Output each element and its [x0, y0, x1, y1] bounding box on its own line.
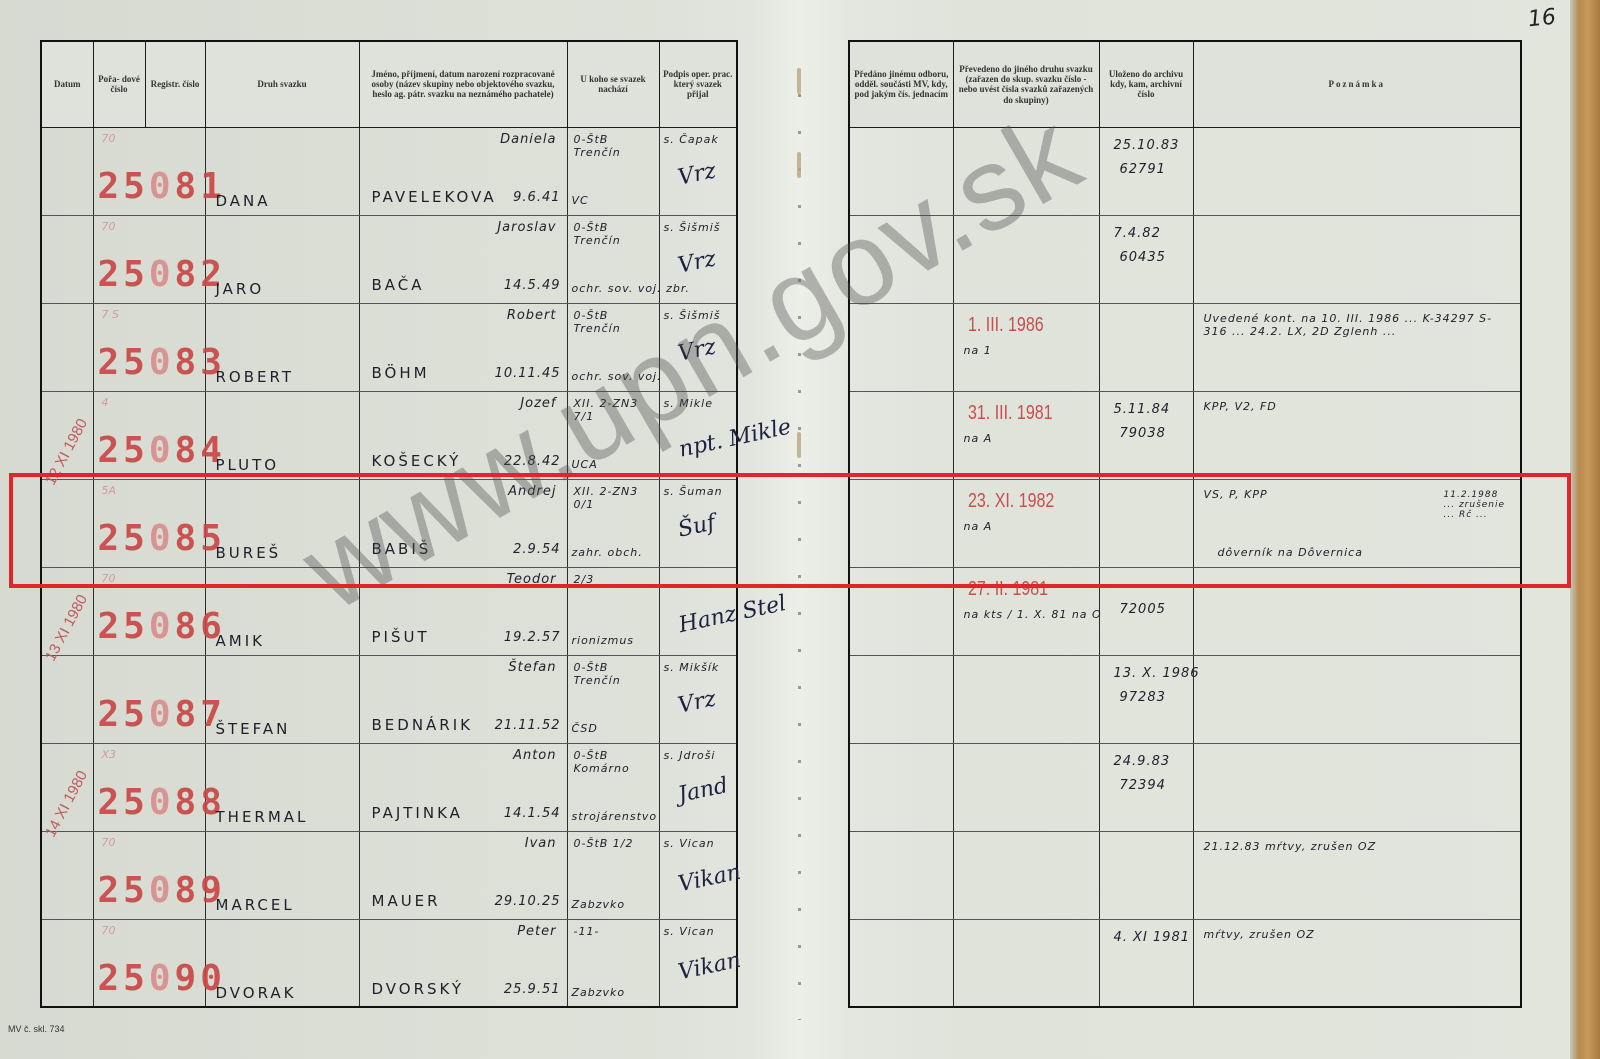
archive-date: 13. X. 1986: [1114, 666, 1200, 681]
cell-date: 14 XI 1980: [41, 831, 93, 919]
file-codename: BUREŠ: [216, 544, 282, 562]
cell-date: [41, 215, 93, 303]
first-name: Robert: [507, 308, 557, 323]
spine-binding: [798, 60, 801, 1020]
surname: PAVELEKOVA: [372, 188, 497, 206]
cell-number: 7 S 25083: [93, 303, 205, 391]
table-row[interactable]: 7.4.82 60435: [849, 215, 1521, 303]
table-row[interactable]: 4. XI 1981 mŕtvy, zrušen OZ: [849, 919, 1521, 1007]
col-header-file-type: Druh svazku: [205, 41, 359, 127]
officer-signature: Vrz: [675, 686, 717, 718]
mark: 70: [102, 132, 116, 145]
col-header-converted: Převedeno do jiného druhu svazku (zařaze…: [953, 41, 1099, 127]
cell-signature: s. Šišmiš Vrz: [659, 303, 737, 391]
cell-location: 0-ŠtB Trenčín ochr. sov. voj. zbr.: [567, 215, 659, 303]
cell-converted: [953, 831, 1099, 919]
cell-signature: s. Jdroši Jand: [659, 743, 737, 831]
officer-signature: Vikan: [676, 859, 743, 897]
cell-number: 70 25082: [93, 215, 205, 303]
officer-signature: Vikan: [676, 947, 743, 985]
mark: 5A: [102, 484, 117, 497]
cell-person: Štefan BEDNÁRIK 21.11.52: [359, 655, 567, 743]
table-row[interactable]: 14 XI 1980 70 25089 MARCEL Ivan MAUER 29…: [41, 831, 737, 919]
officer-name: s. Šuman: [664, 485, 723, 498]
cell-archived: [1099, 831, 1193, 919]
first-name: Daniela: [500, 132, 556, 147]
cell-number: 70 25086: [93, 567, 205, 655]
cell-number: 25087: [93, 655, 205, 743]
first-name: Ivan: [525, 836, 557, 851]
page-number: 16: [1527, 5, 1557, 33]
cell-archived: 7.4.82 60435: [1099, 215, 1193, 303]
cell-signature: s. Mikle npt. Mikle: [659, 391, 737, 479]
note-text: KPP, V2, FD: [1204, 400, 1504, 413]
cell-person: Robert BÖHM 10.11.45: [359, 303, 567, 391]
table-row[interactable]: 25.10.83 62791: [849, 127, 1521, 215]
file-codename: AMIK: [216, 632, 265, 650]
cell-note: KPP, V2, FD: [1193, 391, 1521, 479]
cell-transferred: [849, 567, 953, 655]
converted-stamp: 27. II. 1981: [968, 578, 1048, 601]
mark: 70: [102, 924, 116, 937]
file-codename: PLUTO: [216, 456, 280, 474]
birth-date: 10.11.45: [495, 366, 561, 381]
note-text: mŕtvy, zrušen OZ: [1204, 928, 1504, 941]
birth-date: 2.9.54: [513, 542, 560, 557]
cell-file-type: MARCEL: [205, 831, 359, 919]
cell-note: [1193, 567, 1521, 655]
birth-date: 25.9.51: [504, 982, 561, 997]
right-ledger-table: Předáno jinému odboru, odděl. součásti M…: [848, 40, 1522, 1008]
cell-archived: 13. X. 1986 97283: [1099, 655, 1193, 743]
cell-converted: [953, 743, 1099, 831]
mark: 7 S: [102, 308, 119, 321]
cell-transferred: [849, 391, 953, 479]
cell-date: 12 XI 1980: [41, 479, 93, 567]
archive-date: 25.10.83: [1114, 138, 1180, 153]
cell-number: 70 25090: [93, 919, 205, 1007]
staple: [797, 68, 801, 94]
cell-signature: Hanz Stel: [659, 567, 737, 655]
cell-note: Uvedené kont. na 10. III. 1986 ... K-342…: [1193, 303, 1521, 391]
cell-number: X3 25088: [93, 743, 205, 831]
officer-signature: Šuf: [675, 510, 717, 542]
cell-location: 0-ŠtB Trenčín ochr. sov. voj.: [567, 303, 659, 391]
cell-location: 2/3 rionizmus: [567, 567, 659, 655]
cell-signature: s. Čapak Vrz: [659, 127, 737, 215]
cell-signature: s. Šišmiš Vrz: [659, 215, 737, 303]
location-detail: Zabzvko: [572, 986, 626, 999]
surname: DVORSKÝ: [372, 980, 465, 998]
table-row[interactable]: 70 25082 JARO Jaroslav BAČA 14.5.49 0-Št…: [41, 215, 737, 303]
first-name: Peter: [517, 924, 556, 939]
table-row[interactable]: 13 XI 1980 25087 ŠTEFAN Štefan BEDNÁRIK …: [41, 655, 737, 743]
birth-date: 29.10.25: [495, 894, 561, 909]
col-header-archived: Uloženo do archivu kdy, kam, archivní čí…: [1099, 41, 1193, 127]
first-name: Jaroslav: [497, 220, 556, 235]
table-row[interactable]: 27. II. 1981 na kts / 1. X. 81 na O 7200…: [849, 567, 1521, 655]
birth-date: 9.6.41: [513, 190, 560, 205]
officer-name: s. Jdroši: [664, 749, 716, 762]
staple: [797, 152, 801, 178]
birth-date: 14.1.54: [504, 806, 561, 821]
file-codename: MARCEL: [216, 896, 295, 914]
converted-note: na A: [964, 432, 993, 445]
cell-note: [1193, 655, 1521, 743]
converted-note: na 1: [964, 344, 992, 357]
table-row[interactable]: 70 25081 DANA Daniela PAVELEKOVA 9.6.41 …: [41, 127, 737, 215]
cell-signature: s. Šuman Šuf: [659, 479, 737, 567]
note-secondary: dôverník na Dôvernica: [1218, 546, 1363, 559]
cell-location: -11- Zabzvko: [567, 919, 659, 1007]
cell-converted: [953, 919, 1099, 1007]
surname: BABIŠ: [372, 540, 432, 558]
birth-date: 22.8.42: [504, 454, 561, 469]
mark: X3: [102, 748, 117, 761]
surname: BEDNÁRIK: [372, 716, 473, 734]
cell-file-type: DVORAK: [205, 919, 359, 1007]
header-row: Datum Pořa- dové číslo Registr. číslo Dr…: [41, 41, 737, 127]
location: 2/3: [574, 573, 654, 586]
file-codename: THERMAL: [216, 808, 309, 826]
officer-name: s. Čapak: [664, 133, 719, 146]
location: XII. 2-ZN3 0/1: [574, 485, 654, 511]
table-row[interactable]: X3 25088 THERMAL Anton PAJTINKA 14.1.54 …: [41, 743, 737, 831]
mark: 4: [102, 396, 109, 409]
ledger-book-spread: 16 MV č. skl. 734 Datum Pořa- dové číslo…: [0, 0, 1600, 1059]
cell-note: [1193, 743, 1521, 831]
cell-file-type: DANA: [205, 127, 359, 215]
surname: BÖHM: [372, 364, 430, 382]
officer-signature: Hanz Stel: [676, 590, 788, 637]
archive-date: 7.4.82: [1114, 226, 1161, 241]
file-codename: DANA: [216, 192, 271, 210]
col-header-order-number: Pořa- dové číslo: [93, 41, 145, 127]
cell-signature: s. Vican Vikan: [659, 919, 737, 1007]
first-name: Štefan: [508, 660, 556, 675]
file-codename: ŠTEFAN: [216, 720, 291, 738]
table-row[interactable]: 31. III. 1981 na A 5.11.84 79038 KPP, V2…: [849, 391, 1521, 479]
cell-person: Daniela PAVELEKOVA 9.6.41: [359, 127, 567, 215]
cell-converted: [953, 215, 1099, 303]
officer-signature: Vrz: [675, 334, 717, 366]
officer-name: s. Šišmiš: [664, 309, 721, 322]
cell-transferred: [849, 743, 953, 831]
cell-converted: [953, 655, 1099, 743]
cell-transferred: [849, 919, 953, 1007]
officer-name: s. Šišmiš: [664, 221, 721, 234]
cell-date: [41, 303, 93, 391]
officer-name: s. Vican: [664, 837, 715, 850]
cell-date: 13 XI 1980: [41, 655, 93, 743]
table-row[interactable]: 70 25090 DVORAK Peter DVORSKÝ 25.9.51 -1…: [41, 919, 737, 1007]
table-row[interactable]: 21.12.83 mŕtvy, zrušen OZ: [849, 831, 1521, 919]
officer-name: s. Vican: [664, 925, 715, 938]
cell-person: Jaroslav BAČA 14.5.49: [359, 215, 567, 303]
file-codename: DVORAK: [216, 984, 297, 1002]
mark: 70: [102, 836, 116, 849]
col-header-signature: Podpis oper. prac. který svazek přijal: [659, 41, 737, 127]
location: 0-ŠtB Trenčín: [574, 133, 654, 159]
surname: MAUER: [372, 892, 441, 910]
surname: PAJTINKA: [372, 804, 463, 822]
table-row[interactable]: 1. III. 1986 na 1 Uvedené kont. na 10. I…: [849, 303, 1521, 391]
form-code: MV č. skl. 734: [8, 1024, 65, 1034]
converted-stamp: 1. III. 1986: [968, 314, 1044, 337]
location: XII. 2-ZN3 7/1: [574, 397, 654, 423]
staple: [797, 432, 801, 458]
cell-file-type: BUREŠ: [205, 479, 359, 567]
archive-number: 97283: [1120, 690, 1166, 705]
birth-date: 21.11.52: [495, 718, 561, 733]
book-edge: [1570, 0, 1600, 1059]
cell-location: XII. 2-ZN3 7/1 UCA: [567, 391, 659, 479]
col-header-date: Datum: [41, 41, 93, 127]
cell-signature: s. Mikšík Vrz: [659, 655, 737, 743]
cell-location: 0-ŠtB Trenčín VC: [567, 127, 659, 215]
cell-transferred: [849, 655, 953, 743]
location: 0-ŠtB Trenčín: [574, 309, 654, 335]
officer-signature: Jand: [675, 773, 729, 808]
location-detail: Zabzvko: [572, 898, 626, 911]
cell-file-type: AMIK: [205, 567, 359, 655]
location-detail: rionizmus: [572, 634, 635, 647]
note-side: 11.2.1988 ... zrušenie ... Rč ...: [1444, 490, 1514, 520]
table-row[interactable]: 13. X. 1986 97283: [849, 655, 1521, 743]
cell-note: 21.12.83 mŕtvy, zrušen OZ: [1193, 831, 1521, 919]
surname: KOŠECKÝ: [372, 452, 462, 470]
cell-date: [41, 919, 93, 1007]
cell-archived: 24.9.83 72394: [1099, 743, 1193, 831]
cell-archived: [1099, 303, 1193, 391]
cell-converted: 1. III. 1986 na 1: [953, 303, 1099, 391]
cell-person: Andrej BABIŠ 2.9.54: [359, 479, 567, 567]
cell-note: VS, P, KPP dôverník na Dôvernica 11.2.19…: [1193, 479, 1521, 567]
cell-file-type: ROBERT: [205, 303, 359, 391]
converted-stamp: 31. III. 1981: [968, 402, 1053, 425]
converted-note: na A: [964, 520, 993, 533]
cell-file-type: PLUTO: [205, 391, 359, 479]
table-row[interactable]: 24.9.83 72394: [849, 743, 1521, 831]
first-name: Anton: [513, 748, 556, 763]
mark: 70: [102, 220, 116, 233]
location: 0-ŠtB 1/2: [574, 837, 654, 850]
surname: PIŠUT: [372, 628, 430, 646]
col-header-transferred: Předáno jinému odboru, odděl. součásti M…: [849, 41, 953, 127]
cell-converted: [953, 127, 1099, 215]
location: 0-ŠtB Trenčín: [574, 221, 654, 247]
cell-person: Peter DVORSKÝ 25.9.51: [359, 919, 567, 1007]
cell-file-type: ŠTEFAN: [205, 655, 359, 743]
col-header-registration-number: Registr. číslo: [145, 41, 205, 127]
cell-transferred: [849, 215, 953, 303]
table-row[interactable]: 12 XI 1980 5A 25085 BUREŠ Andrej BABIŠ 2…: [41, 479, 737, 567]
cell-note: [1193, 127, 1521, 215]
cell-archived: 5.11.84 79038: [1099, 391, 1193, 479]
table-row[interactable]: 4 25084 PLUTO Jozef KOŠECKÝ 22.8.42 XII.…: [41, 391, 737, 479]
cell-location: 0-ŠtB 1/2 Zabzvko: [567, 831, 659, 919]
archive-number: 60435: [1120, 250, 1166, 265]
location-detail: VC: [572, 194, 589, 207]
officer-signature: Vrz: [675, 246, 717, 278]
cell-archived: [1099, 479, 1193, 567]
officer-name: s. Mikšík: [664, 661, 720, 674]
cell-person: Teodor PIŠUT 19.2.57: [359, 567, 567, 655]
cell-person: Jozef KOŠECKÝ 22.8.42: [359, 391, 567, 479]
cell-archived: 25.10.83 62791: [1099, 127, 1193, 215]
file-codename: ROBERT: [216, 368, 295, 386]
cell-archived: 72005: [1099, 567, 1193, 655]
birth-date: 19.2.57: [504, 630, 561, 645]
officer-signature: npt. Mikle: [676, 414, 793, 462]
table-row[interactable]: 70 25086 AMIK Teodor PIŠUT 19.2.57 2/3 r…: [41, 567, 737, 655]
cell-file-type: JARO: [205, 215, 359, 303]
note-text: Uvedené kont. na 10. III. 1986 ... K-342…: [1204, 312, 1504, 338]
location-detail: zahr. obch.: [572, 546, 643, 559]
cell-number: 70 25081: [93, 127, 205, 215]
archive-number: 79038: [1120, 426, 1166, 441]
archive-date: 4. XI 1981: [1114, 930, 1191, 945]
cell-archived: 4. XI 1981: [1099, 919, 1193, 1007]
cell-transferred: [849, 303, 953, 391]
table-row[interactable]: 7 S 25083 ROBERT Robert BÖHM 10.11.45 0-…: [41, 303, 737, 391]
cell-converted: 27. II. 1981 na kts / 1. X. 81 na O: [953, 567, 1099, 655]
birth-date: 14.5.49: [504, 278, 561, 293]
cell-number: 70 25089: [93, 831, 205, 919]
cell-person: Ivan MAUER 29.10.25: [359, 831, 567, 919]
file-codename: JARO: [216, 280, 265, 298]
archive-number: 62791: [1120, 162, 1166, 177]
header-row: Předáno jinému odboru, odděl. součásti M…: [849, 41, 1521, 127]
location: 0-ŠtB Trenčín: [574, 661, 654, 687]
converted-stamp: 23. XI. 1982: [968, 490, 1054, 513]
location-detail: ochr. sov. voj.: [572, 370, 662, 383]
col-header-note: Poznámka: [1193, 41, 1521, 127]
cell-location: XII. 2-ZN3 0/1 zahr. obch.: [567, 479, 659, 567]
first-name: Jozef: [520, 396, 556, 411]
archive-number: 72005: [1120, 602, 1166, 617]
cell-file-type: THERMAL: [205, 743, 359, 831]
cell-transferred: [849, 831, 953, 919]
col-header-location: U koho se svazek nachází: [567, 41, 659, 127]
converted-note: na kts / 1. X. 81 na O: [964, 608, 1102, 621]
location: -11-: [574, 925, 654, 938]
cell-location: 0-ŠtB Trenčín ČSD: [567, 655, 659, 743]
col-header-person: Jméno, příjmení, datum narození rozpraco…: [359, 41, 567, 127]
cell-note: mŕtvy, zrušen OZ: [1193, 919, 1521, 1007]
note-text: 21.12.83 mŕtvy, zrušen OZ: [1204, 840, 1504, 853]
location-detail: strojárenstvo: [572, 810, 658, 823]
officer-signature: Vrz: [675, 158, 717, 190]
cell-date: [41, 127, 93, 215]
location-detail: UCA: [572, 458, 598, 471]
archive-date: 24.9.83: [1114, 754, 1171, 769]
officer-name: s. Mikle: [664, 397, 713, 410]
first-name: Andrej: [508, 484, 556, 499]
cell-location: 0-ŠtB Komárno strojárenstvo: [567, 743, 659, 831]
cell-converted: 23. XI. 1982 na A: [953, 479, 1099, 567]
mark: 70: [102, 572, 116, 585]
archive-number: 72394: [1120, 778, 1166, 793]
table-row[interactable]: 23. XI. 1982 na A VS, P, KPP dôverník na…: [849, 479, 1521, 567]
archive-date: 5.11.84: [1114, 402, 1171, 417]
location-detail: ČSD: [572, 722, 598, 735]
first-name: Teodor: [507, 572, 557, 587]
cell-person: Anton PAJTINKA 14.1.54: [359, 743, 567, 831]
left-ledger-table: Datum Pořa- dové číslo Registr. číslo Dr…: [40, 40, 738, 1008]
surname: BAČA: [372, 276, 425, 294]
cell-note: [1193, 215, 1521, 303]
cell-transferred: [849, 127, 953, 215]
location: 0-ŠtB Komárno: [574, 749, 654, 775]
cell-number: 4 25084: [93, 391, 205, 479]
cell-converted: 31. III. 1981 na A: [953, 391, 1099, 479]
cell-signature: s. Vican Vikan: [659, 831, 737, 919]
cell-transferred: [849, 479, 953, 567]
cell-number: 5A 25085: [93, 479, 205, 567]
